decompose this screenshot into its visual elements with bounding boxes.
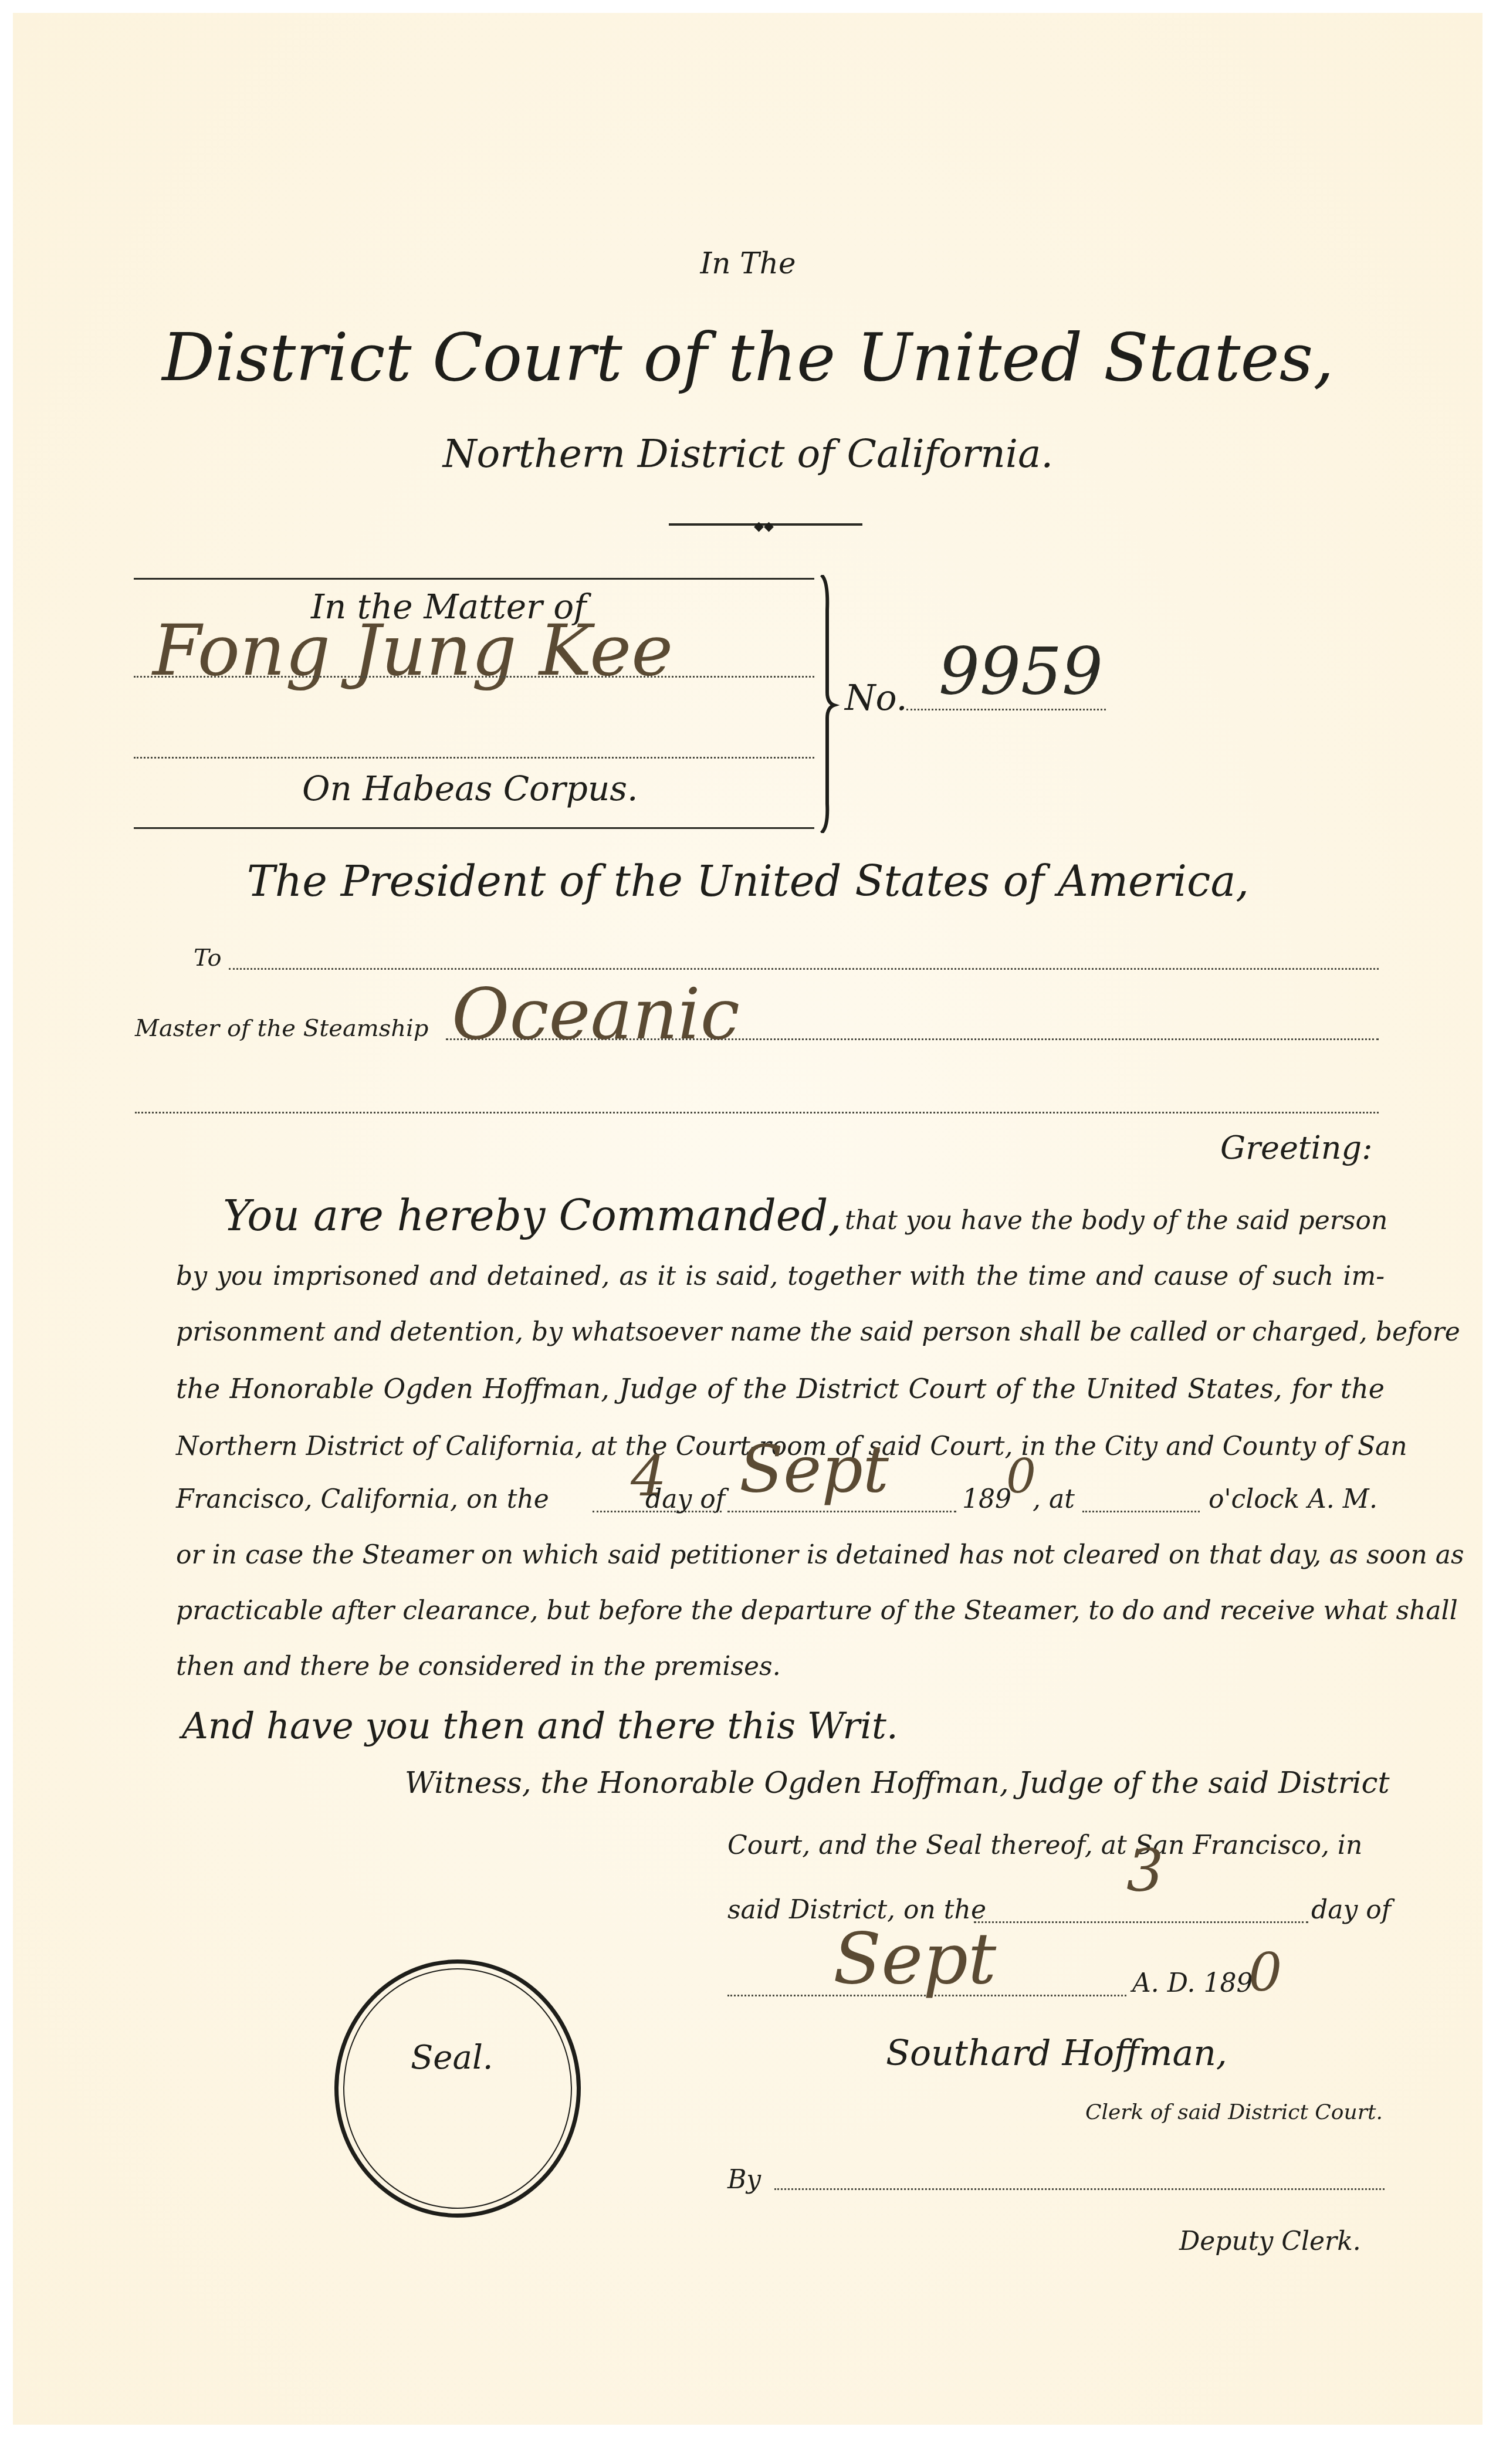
to-line xyxy=(229,968,1379,970)
case-number[interactable]: 9959 xyxy=(939,634,1103,709)
appearance-year-digit[interactable]: 0 xyxy=(1006,1449,1036,1504)
caption-line-2 xyxy=(134,757,814,759)
at-label: , at xyxy=(1033,1484,1075,1514)
number-label: No. xyxy=(845,678,908,719)
witness-line-1: Witness, the Honorable Ogden Hoffman, Ju… xyxy=(405,1766,1390,1800)
president-heading: The President of the United States of Am… xyxy=(0,857,1496,906)
petitioner-name[interactable]: Fong Jung Kee xyxy=(153,610,673,692)
time-line xyxy=(1082,1511,1200,1512)
master-label: Master of the Steamship xyxy=(135,1015,428,1042)
deputy-signature-line[interactable] xyxy=(774,2188,1385,2190)
by-label: By xyxy=(727,2165,761,2195)
caption-bottom-rule xyxy=(134,827,814,829)
steamship-name[interactable]: Oceanic xyxy=(452,974,740,1055)
year-prefix: 189 xyxy=(962,1484,1011,1514)
command-after-0: or in case the Steamer on which said pet… xyxy=(176,1540,1385,1570)
day-of-label: day of xyxy=(645,1484,725,1514)
witness-line-2: Court, and the Seal thereof, at San Fran… xyxy=(727,1830,1362,1860)
oclock-label: o'clock A. M. xyxy=(1209,1484,1377,1514)
to-label: To xyxy=(194,945,222,972)
command-line-0: that you have the body of the said perso… xyxy=(845,1206,1387,1236)
curly-brace-icon xyxy=(817,575,840,833)
deputy-title: Deputy Clerk. xyxy=(1179,2226,1361,2256)
greeting-label: Greeting: xyxy=(1220,1129,1372,1166)
date-prefix: Francisco, California, on the xyxy=(176,1484,549,1514)
court-seal-placeholder xyxy=(334,1959,581,2218)
command-after-2: then and there be considered in the prem… xyxy=(176,1651,781,1681)
command-lead: You are hereby Commanded, xyxy=(223,1191,841,1240)
habeas-corpus-label: On Habeas Corpus. xyxy=(302,769,638,808)
clerk-name: Southard Hoffman, xyxy=(886,2033,1227,2074)
caption-line-1 xyxy=(134,676,814,678)
witness-year-digit[interactable]: 0 xyxy=(1248,1942,1282,2003)
command-line-2: prisonment and detention, by whatsoever … xyxy=(176,1317,1385,1347)
witness-month[interactable]: Sept xyxy=(833,1918,996,2000)
ornament-center-icon: ◆◆ xyxy=(754,519,774,534)
seal-label: Seal. xyxy=(411,2039,493,2077)
command-after-1: practicable after clearance, but before … xyxy=(176,1596,1385,1626)
court-title: District Court of the United States, xyxy=(0,320,1496,396)
district-title: Northern District of California. xyxy=(0,431,1496,476)
witness-line-3-suffix: day of xyxy=(1311,1895,1391,1925)
caption-top-rule xyxy=(134,578,814,580)
appearance-month[interactable]: Sept xyxy=(739,1431,889,1507)
command-line-1: by you imprisoned and detained, as it is… xyxy=(176,1261,1385,1291)
address-line-3 xyxy=(135,1112,1379,1113)
witness-day-line xyxy=(974,1921,1308,1923)
witness-day[interactable]: 3 xyxy=(1126,1836,1164,1905)
command-line-3: the Honorable Ogden Hoffman, Judge of th… xyxy=(176,1373,1385,1404)
clerk-title: Clerk of said District Court. xyxy=(1085,2100,1383,2124)
header-preamble: In The xyxy=(0,246,1496,280)
number-line xyxy=(906,709,1106,710)
ad-label: A. D. 189 xyxy=(1132,1968,1253,1998)
closing-writ: And have you then and there this Writ. xyxy=(182,1704,898,1747)
month-line xyxy=(727,1511,956,1512)
